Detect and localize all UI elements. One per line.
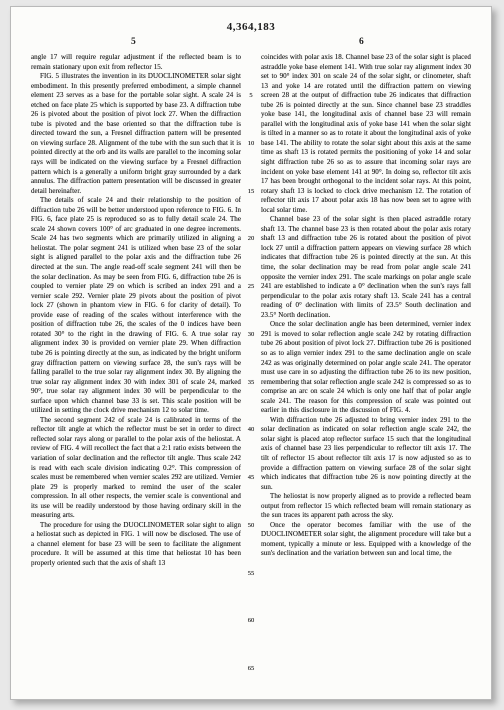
line-number: 65 <box>248 664 255 674</box>
right-column: coincides with polar axis 18. Channel ba… <box>261 53 471 685</box>
line-number: 35 <box>248 378 255 388</box>
line-number: 5 <box>249 91 252 101</box>
line-number: 10 <box>248 139 255 149</box>
left-column: angle 17 will require regular adjustment… <box>31 53 241 685</box>
paragraph: The second segment 242 of scale 24 is ca… <box>31 416 241 521</box>
paragraph: Once the operator becomes familiar with … <box>261 521 471 559</box>
paragraph: coincides with polar axis 18. Channel ba… <box>261 53 471 215</box>
paragraph: With diffraction tube 26 adjusted to bri… <box>261 416 471 492</box>
paragraph: The details of scale 24 and their relati… <box>31 196 241 416</box>
line-number: 50 <box>248 521 255 531</box>
paragraph: Channel base 23 of the solar sight is th… <box>261 215 471 320</box>
line-number: 15 <box>248 187 255 197</box>
line-number: 25 <box>248 282 255 292</box>
line-number: 20 <box>248 234 255 244</box>
column-number-right: 6 <box>359 37 364 47</box>
patent-number: 4,364,183 <box>11 21 491 33</box>
line-number: 60 <box>248 616 255 626</box>
paragraph: The heliostat is now properly aligned as… <box>261 492 471 521</box>
paragraph: The procedure for using the DUOCLINOMETE… <box>31 521 241 569</box>
column-number-left: 5 <box>131 37 136 47</box>
paragraph: angle 17 will require regular adjustment… <box>31 53 241 72</box>
patent-page: 4,364,183 5 6 angle 17 will require regu… <box>10 6 492 700</box>
document-canvas: 4,364,183 5 6 angle 17 will require regu… <box>0 0 504 710</box>
paragraph: Once the solar declination angle has bee… <box>261 320 471 415</box>
line-number: 45 <box>248 473 255 483</box>
line-number: 40 <box>248 425 255 435</box>
line-number: 55 <box>248 569 255 579</box>
paragraph: FIG. 5 illustrates the invention in its … <box>31 72 241 196</box>
line-number: 30 <box>248 330 255 340</box>
